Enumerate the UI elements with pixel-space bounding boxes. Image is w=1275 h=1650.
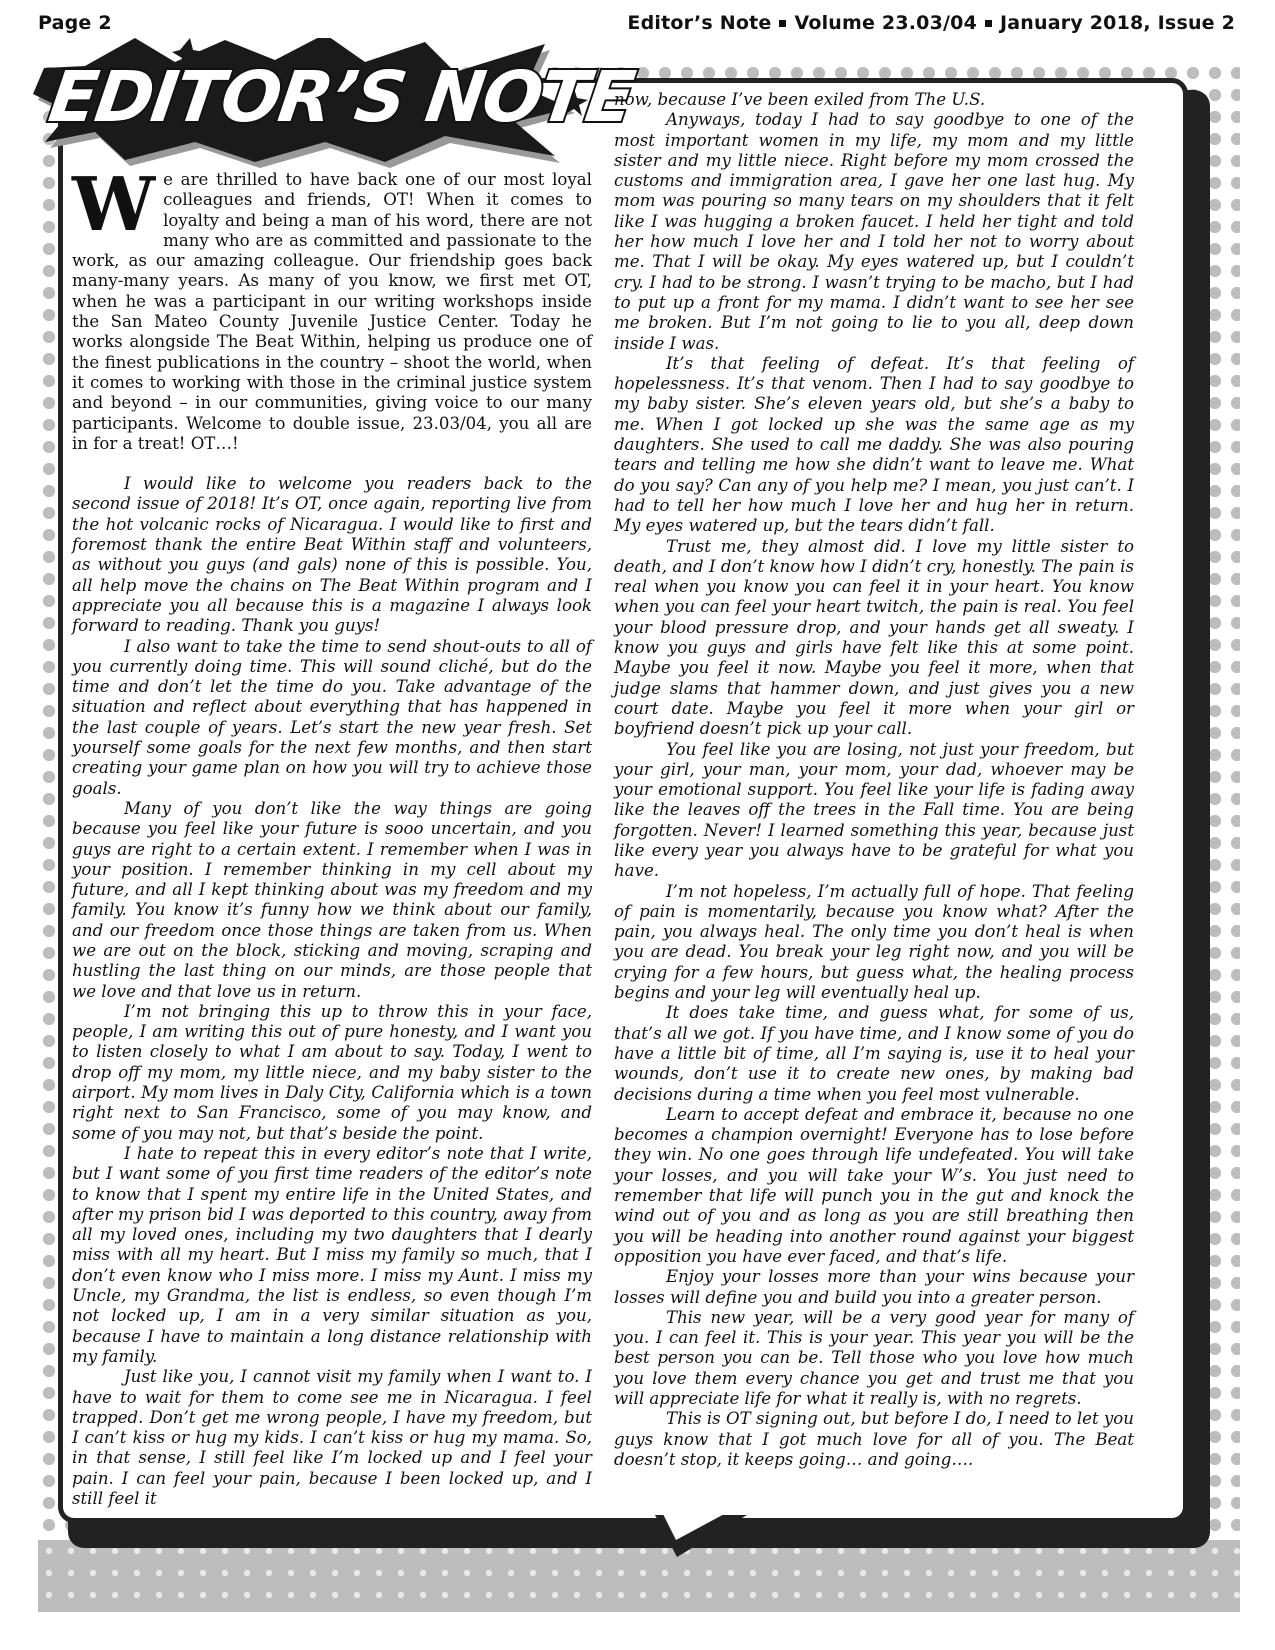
running-header: Editor’s NoteVolume 23.03/04January 2018… <box>627 12 1235 34</box>
paragraph: I’m not bringing this up to throw this i… <box>72 1002 592 1144</box>
paragraph: Trust me, they almost did. I love my lit… <box>614 537 1134 740</box>
paragraph: I also want to take the time to send sho… <box>72 637 592 799</box>
paragraph: I hate to repeat this in every editor’s … <box>72 1144 592 1367</box>
sparkle-background <box>38 1540 1240 1612</box>
paragraph: It does take time, and guess what, for s… <box>614 1003 1134 1104</box>
bullet-separator-icon <box>985 20 992 27</box>
paragraph: Learn to accept defeat and embrace it, b… <box>614 1105 1134 1267</box>
paragraph: You feel like you are losing, not just y… <box>614 740 1134 882</box>
article-column-right: now, because I’ve been exiled from The U… <box>614 90 1134 1470</box>
section-name: Editor’s Note <box>627 12 771 34</box>
sign-off-paragraph: This is OT signing out, but before I do,… <box>614 1409 1134 1470</box>
paragraph: I’m not hopeless, I’m actually full of h… <box>614 882 1134 1004</box>
page-number: Page 2 <box>38 12 112 34</box>
ot-letter-start: I would like to welcome you readers back… <box>72 474 592 1509</box>
paragraph: This new year, will be a very good year … <box>614 1308 1134 1409</box>
paragraph: Enjoy your losses more than your wins be… <box>614 1267 1134 1308</box>
bullet-separator-icon <box>779 20 786 27</box>
article-column-left: We are thrilled to have back one of our … <box>72 170 592 1509</box>
paragraph: It’s that feeling of defeat. It’s that f… <box>614 354 1134 537</box>
paragraph: Just like you, I cannot visit my family … <box>72 1367 592 1509</box>
page-header: Page 2 Editor’s NoteVolume 23.03/04Janua… <box>38 8 1235 38</box>
paragraph: Many of you don’t like the way things ar… <box>72 799 592 1002</box>
intro-paragraph: We are thrilled to have back one of our … <box>72 170 592 454</box>
drop-cap: W <box>72 174 155 236</box>
paragraph-continuation: now, because I’ve been exiled from The U… <box>614 90 1134 110</box>
issue-label: January 2018, Issue 2 <box>1000 12 1235 34</box>
volume-label: Volume 23.03/04 <box>794 12 977 34</box>
paragraph: I would like to welcome you readers back… <box>72 474 592 636</box>
page-title: EDITOR’S NOTE <box>44 56 638 138</box>
paragraph: Anyways, today I had to say goodbye to o… <box>614 110 1134 354</box>
speech-bubble-tail-inner <box>662 1512 728 1540</box>
